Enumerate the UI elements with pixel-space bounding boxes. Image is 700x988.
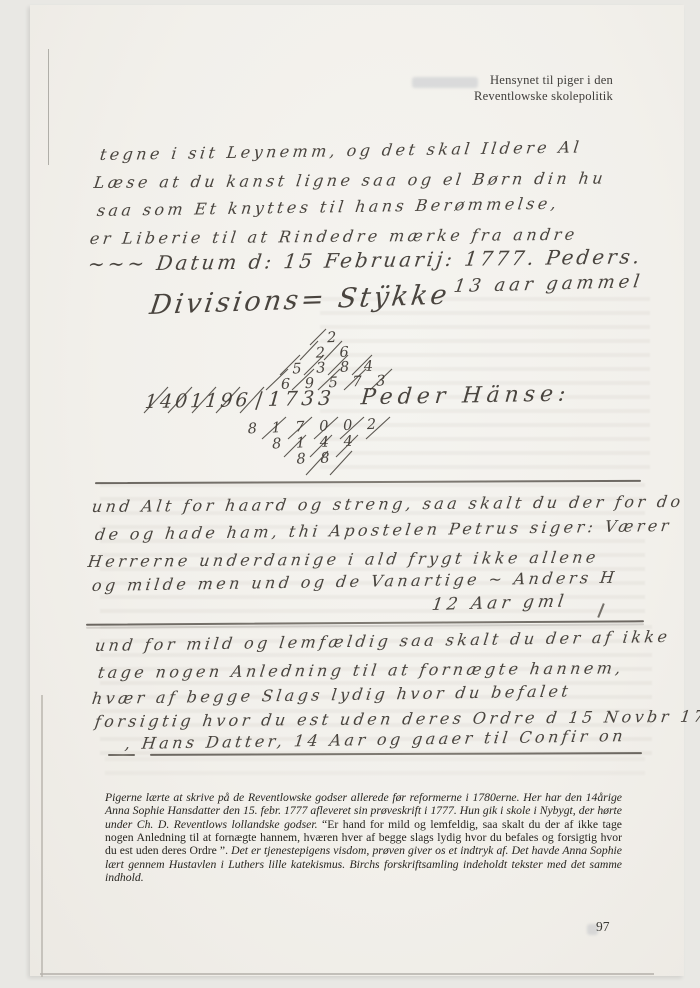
figure-caption: Pigerne lærte at skrive på de Reventlows… bbox=[105, 791, 622, 885]
manuscript-line: Herrerne underdanige i ald frygt ikke al… bbox=[87, 548, 600, 571]
pupil-signature-peder: Peder Hänse: bbox=[360, 382, 572, 411]
manuscript-line: saa som Et knyttes til hans Berømmelse, bbox=[96, 194, 561, 220]
running-head-line2: Reventlowske skolepolitik bbox=[380, 89, 613, 105]
manuscript-rule bbox=[150, 752, 642, 756]
scratch-division-lower-digits: 8 1 7 0 0 2 8 1 4 4 8 8 bbox=[214, 416, 416, 471]
page-number: 97 bbox=[596, 919, 610, 935]
page-edge-left bbox=[41, 695, 43, 977]
division-main-row: 1401196|1733Peder Hänse: bbox=[144, 382, 572, 414]
page-crease-line bbox=[48, 49, 49, 165]
manuscript-rule bbox=[86, 620, 644, 625]
pen-flourish bbox=[597, 603, 604, 618]
manuscript-rule bbox=[108, 754, 135, 756]
manuscript-line: hvær af begge Slags lydig hvor du befale… bbox=[91, 681, 573, 708]
paper-sheet: Hensynet til piger i den Reventlowske sk… bbox=[30, 5, 684, 976]
running-head: Hensynet til piger i den Reventlowske sk… bbox=[380, 73, 613, 104]
manuscript-line: de og hade ham, thi Apostelen Petrus sig… bbox=[94, 516, 673, 544]
manuscript-line: , Hans Datter, 14 Aar og gaaer til Confi… bbox=[124, 726, 627, 753]
manuscript-line: tegne i sit Leynemm, og det skal Ildere … bbox=[99, 137, 583, 164]
division-title: Divisions= Stÿkke bbox=[148, 279, 452, 321]
manuscript-line: Læse at du kanst ligne saa og el Børn di… bbox=[93, 169, 608, 192]
page-edge-bottom bbox=[40, 973, 654, 975]
manuscript-rule bbox=[95, 480, 641, 484]
scanned-book-page: Hensynet til piger i den Reventlowske sk… bbox=[0, 0, 700, 988]
manuscript-datum-line: ~~~ Datum d: 15 Februarij: 1777. Peders. bbox=[86, 244, 643, 276]
bleed-through-texture bbox=[105, 757, 645, 781]
division-dividend: 1401196 bbox=[144, 389, 252, 413]
manuscript-age-note: 12 Aar gml bbox=[430, 591, 568, 615]
running-head-line1: Hensynet til piger i den bbox=[380, 73, 613, 89]
division-quotient: 1733 bbox=[267, 386, 336, 411]
division-bracket: | bbox=[252, 388, 268, 412]
manuscript-line: und for mild og lemfældig saa skalt du d… bbox=[94, 627, 672, 655]
manuscript-line: tage nogen Anledning til at fornægte han… bbox=[97, 658, 625, 682]
manuscript-age-note: 13 aar gammel bbox=[452, 271, 644, 297]
manuscript-line: und Alt for haard og streng, saa skalt d… bbox=[91, 492, 685, 516]
manuscript-line: er Liberie til at Rindedre mærke fra and… bbox=[89, 225, 579, 248]
manuscript-line: og milde men und og de Vanartige ~ Ander… bbox=[91, 568, 619, 595]
